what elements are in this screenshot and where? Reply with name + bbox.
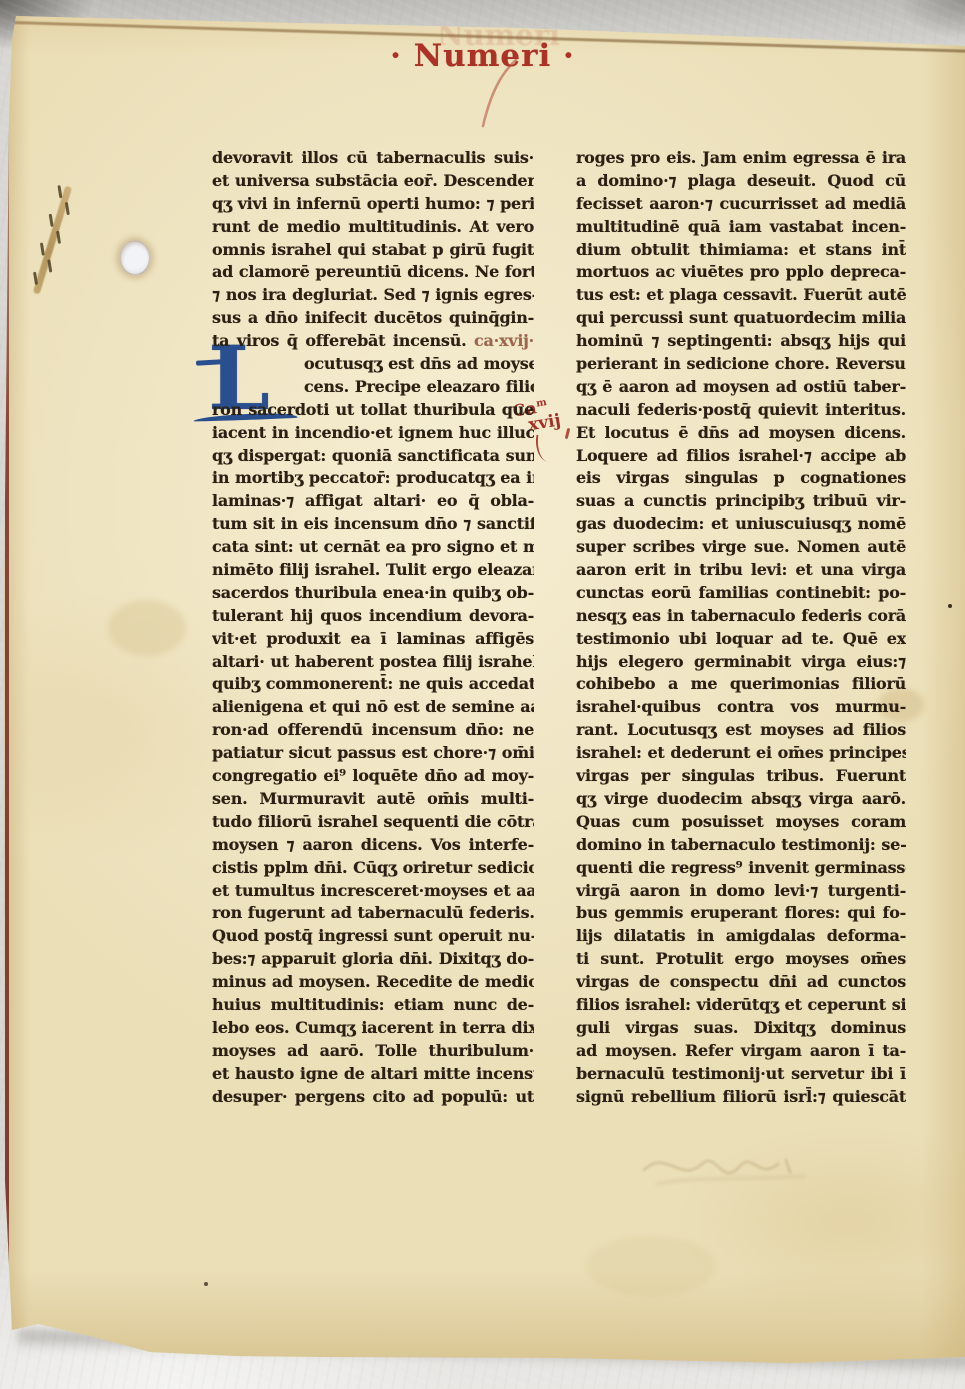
text-line: bernaculū testimonij·ut servetur ibi ī (576, 1063, 906, 1086)
text-line: quenti die regress⁹ invenit germinasse (576, 857, 906, 880)
text-line: nesqʒ eas in tabernaculo federis corā (576, 605, 906, 628)
text-line: israhel: et dederunt ei om̄es principes (576, 742, 906, 765)
text-line: ti sunt. Protulit ergo moyses om̄es (576, 948, 906, 971)
manuscript-photo: Numeri · Numeri · Cam xvij L devoravit i… (0, 0, 965, 1389)
text-line: laminas·⁊ affigat altari· eo q̄ obla- (212, 490, 534, 513)
parchment-hole (119, 240, 151, 276)
text-line: eis virgas singulas p cognationes (576, 467, 906, 490)
text-line: cistis pplm dn̄i. Cūqʒ oriretur sedicio (212, 857, 534, 880)
text-line: aaron erit in tribu levi: et una virga (576, 559, 906, 582)
text-line: guli virgas suas. Dixitqʒ dominus (576, 1017, 906, 1040)
text-column-right: roges pro eis. Jam enim egressa ē iraa d… (576, 147, 906, 1115)
text-line: moyses ad aarō. Tolle thuribulum· (212, 1040, 534, 1063)
text-line: patiatur sicut passus est chore·⁊ om̄is (212, 742, 534, 765)
text-line: quibʒ commonerent̄: ne quis accedat (212, 673, 534, 696)
chapter-marker-sup: m (535, 397, 548, 410)
text-line: suas a cunctis principibʒ tribuū vir- (576, 490, 906, 513)
ink-speck (204, 1282, 208, 1286)
text-line: et tumultus incresceret·moyses et aa- (212, 880, 534, 903)
text-line: super scribes virge sue. Nomen autē (576, 536, 906, 559)
text-line: cohibebo a me querimonias filiorū (576, 673, 906, 696)
text-line: dium obtulit thimiama: et stans int̄ (576, 239, 906, 262)
text-line: testimonio ubi loquar ad te. Quē ex (576, 628, 906, 651)
text-line: vit·et produxit ea ī laminas affigēs (212, 628, 534, 651)
text-line: a domino·⁊ plaga deseuit. Quod cū (576, 170, 906, 193)
text-line: Loquere ad filios israhel·⁊ accipe ab (576, 445, 906, 468)
text-line: et hausto igne de altari mitte incensū (212, 1063, 534, 1086)
text-line: devoravit illos cū tabernaculis suis· (212, 147, 534, 170)
text-line: in mortibʒ peccator̄: producatqʒ ea in (212, 467, 534, 490)
chapter-marker-flourish (534, 435, 552, 462)
text-line: signū rebellium filiorū isrl̄:⁊ quiescāt (576, 1086, 906, 1109)
text-line: virgā aaron in domo levi·⁊ turgenti- (576, 880, 906, 903)
text-line: altari· ut haberent postea filij israhel (212, 651, 534, 674)
text-line: ron·ad offerendū incensum dn̄o: ne (212, 719, 534, 742)
text-line: congregatio ei⁹ loquēte dn̄o ad moy- (212, 765, 534, 788)
text-line: bus gemmis eruperant flores: qui fo- (576, 902, 906, 925)
text-line: gas duodecim: et uniuscuiusqʒ nomē (576, 513, 906, 536)
text-line: fecisset aaron·⁊ cucurrisset ad mediā (576, 193, 906, 216)
text-line: et universa substācia eor̄. Descenderūt (212, 170, 534, 193)
text-line: sacerdos thuribula enea·in quibʒ ob- (212, 582, 534, 605)
text-line: iacent in incendio·et ignem huc illuc (212, 422, 534, 445)
text-line: Quod postq̄ ingressi sunt operuit nu- (212, 925, 534, 948)
text-line: virgas per singulas tribus. Fuerunt (576, 765, 906, 788)
text-line: qʒ dispergat: quoniā sanctificata sunt (212, 445, 534, 468)
text-line: desuper· pergens cito ad populū: ut (212, 1086, 534, 1109)
text-line: minus ad moysen. Recedite de medio (212, 971, 534, 994)
text-line: huius multitudinis: etiam nunc de- (212, 994, 534, 1017)
text-line: alienigena et qui nō est de semine aa- (212, 696, 534, 719)
gutter-tick-mark (565, 428, 571, 439)
text-line: omnis israhel qui stabat p girū fugit (212, 239, 534, 262)
stain (108, 600, 186, 656)
faded-chapter-note: ca·xvij· (466, 331, 534, 350)
text-line: cens. Precipe eleazaro filio aa- (212, 376, 534, 399)
text-line: Et locutus ē dn̄s ad moysen dicens. (576, 422, 906, 445)
text-line: filios israhel: viderūtqʒ et ceperunt si… (576, 994, 906, 1017)
text-line: tus est: et plaga cessavit. Fuerūt autē (576, 284, 906, 307)
text-line: sus a dn̄o inifecit ducētos quinq̄gin- (212, 307, 534, 330)
text-line: rant. Locutusqʒ est moyses ad filios (576, 719, 906, 742)
text-line: ron sacerdoti ut tollat thuribula que (212, 399, 534, 422)
parchment-leaf: Numeri · Numeri · Cam xvij L devoravit i… (0, 0, 965, 1389)
text-line: qʒ vivi in infernū operti humo: ⁊ perie- (212, 193, 534, 216)
text-line: qʒ ē aaron ad moysen ad ostiū taber- (576, 376, 906, 399)
text-line: lijs dilatatis in amigdalas deforma- (576, 925, 906, 948)
text-line: moysen ⁊ aaron dicens. Vos interfe- (212, 834, 534, 857)
text-line: cunctas eorū familias continebit: po- (576, 582, 906, 605)
text-line: ta viros q̄ offerebāt incensū. ca·xvij· (212, 330, 534, 353)
text-line: runt de medio multitudinis. At vero (212, 216, 534, 239)
text-line: nimēto filij israhel. Tulit ergo eleazar (212, 559, 534, 582)
text-line: israhel·quibus contra vos murmu- (576, 696, 906, 719)
stitch-repair-mark (20, 182, 86, 303)
text-line: bes:⁊ apparuit gloria dn̄i. Dixitqʒ do- (212, 948, 534, 971)
text-line: domino in tabernaculo testimonij: se- (576, 834, 906, 857)
text-column-left: devoravit illos cū tabernaculis suis·et … (212, 147, 534, 1115)
text-line: perierant in sedicione chore. Reversus (576, 353, 906, 376)
text-line: mortuos ac viuētes pro pplo depreca- (576, 261, 906, 284)
text-line: sen. Murmuravit autē om̄is multi- (212, 788, 534, 811)
text-line: virgas de conspectu dn̄i ad cunctos (576, 971, 906, 994)
ink-speck (948, 604, 952, 608)
text-line: tudo filiorū israhel sequenti die cōtra (212, 811, 534, 834)
text-line: lebo eos. Cumqʒ iacerent in terra dixit (212, 1017, 534, 1040)
text-line: ad clamorē pereuntiū dicens. Ne forte (212, 261, 534, 284)
text-line: ron fugerunt ad tabernaculū federis. (212, 902, 534, 925)
text-line: hijs elegero germinabit virga eius:⁊ (576, 651, 906, 674)
text-line: multitudinē quā iam vastabat incen- (576, 216, 906, 239)
text-line: ocutusqʒ est dn̄s ad moysen di- (212, 353, 534, 376)
text-line: cata sint: ut cernāt ea pro signo et mo- (212, 536, 534, 559)
text-line: tum sit in eis incensum dn̄o ⁊ sanctifi- (212, 513, 534, 536)
text-line: roges pro eis. Jam enim egressa ē ira (576, 147, 906, 170)
text-line: qʒ virge duodecim absqʒ virga aarō. (576, 788, 906, 811)
ghost-handwriting (636, 1126, 846, 1200)
text-line: qui percussi sunt quatuordecim milia (576, 307, 906, 330)
text-line: tulerant hij quos incendium devora- (212, 605, 534, 628)
text-line: Quas cum posuisset moyses coram (576, 811, 906, 834)
text-line: hominū ⁊ septingenti: absqʒ hijs qui (576, 330, 906, 353)
text-line: ⁊ nos ira degluriat. Sed ⁊ ignis egres- (212, 284, 534, 307)
title-flourish-icon (478, 58, 522, 130)
text-line: ad moysen. Refer virgam aaron ī ta- (576, 1040, 906, 1063)
text-line: naculi federis·postq̄ quievit interitus. (576, 399, 906, 422)
stain (586, 1236, 716, 1296)
